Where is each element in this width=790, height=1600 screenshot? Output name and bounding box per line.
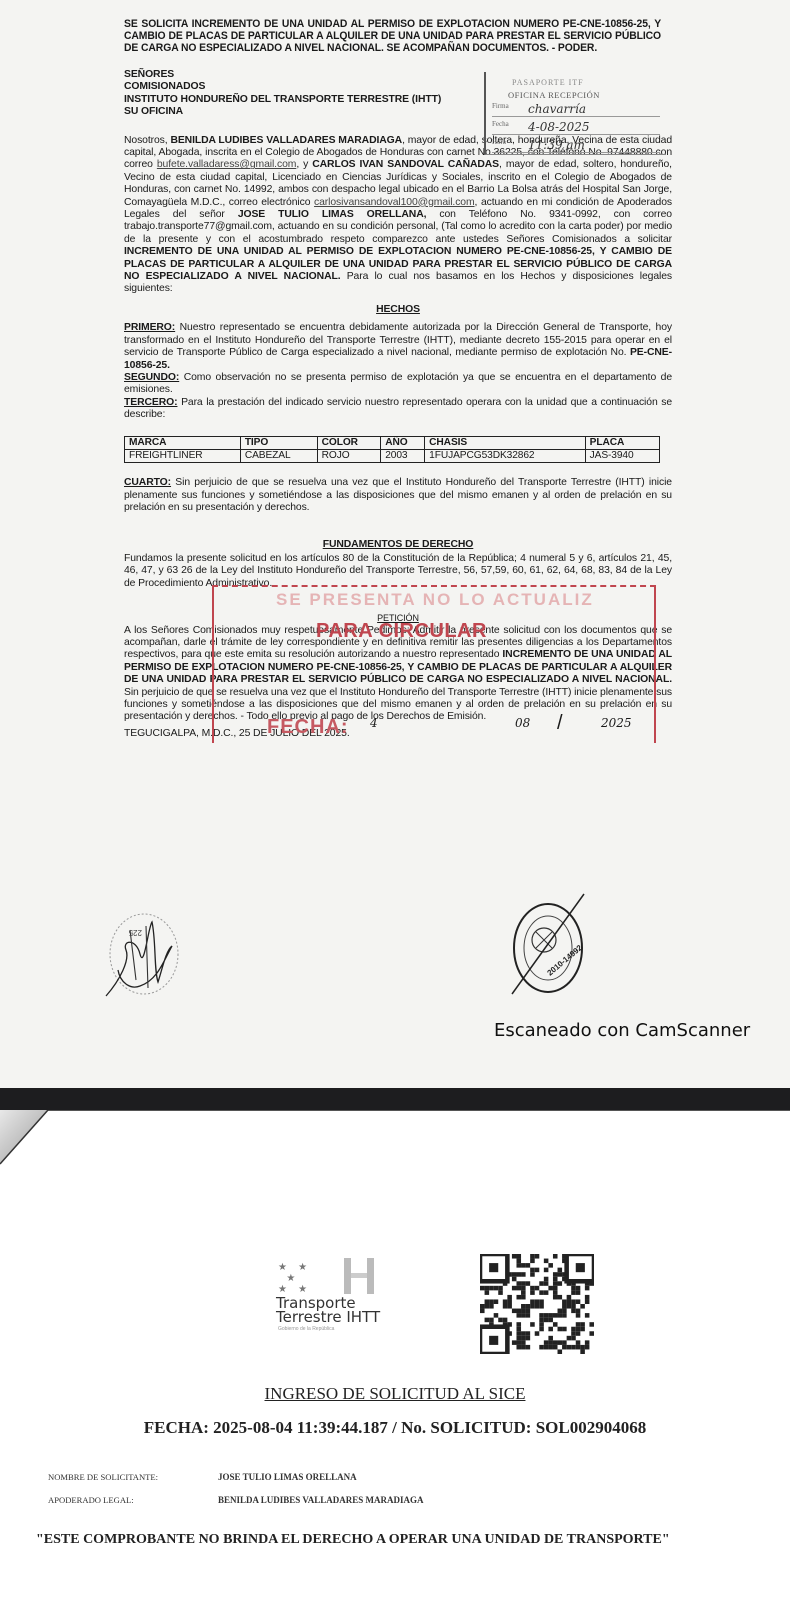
cell-marca: FREIGHTLINER	[125, 449, 241, 462]
email-link-2[interactable]: carlosivansandoval100@gmail.com	[314, 197, 475, 208]
cell-color: ROJO	[317, 449, 381, 462]
receipt-disclaimer: "ESTE COMPROBANTE NO BRINDA EL DERECHO A…	[36, 1532, 776, 1548]
intro-paragraph: Nosotros, BENILDA LUDIBES VALLADARES MAR…	[124, 135, 672, 296]
svg-text:225: 225	[128, 928, 142, 937]
stamp-time: Hora11:39 am	[492, 138, 660, 153]
fundamentos-paragraph: Fundamos la presente solicitud en los ar…	[124, 553, 672, 590]
h-logo-icon	[344, 1258, 374, 1294]
segundo-paragraph: SEGUNDO: Como observación no se presenta…	[124, 372, 672, 397]
cell-anio: 2003	[381, 449, 425, 462]
header-tipo: TIPO	[240, 436, 317, 449]
ihtt-logo: ★ ★ ★★ ★ Transporte Terrestre IHTT Gobie…	[278, 1262, 418, 1352]
cell-placa: JAS-3940	[585, 449, 659, 462]
fundamentos-title: FUNDAMENTOS DE DERECHO	[124, 539, 672, 551]
stamp-date: Fecha4-08-2025	[492, 120, 660, 135]
receipt-title: INGRESO DE SOLICITUD AL SICE	[0, 1384, 790, 1404]
receipt-date-number: FECHA: 2025-08-04 11:39:44.187 / No. SOL…	[0, 1418, 790, 1438]
header-chasis: CHASIS	[425, 436, 585, 449]
tercero-paragraph: TERCERO: Para la prestación del indicado…	[124, 397, 672, 422]
email-link-1[interactable]: bufete.valladaress@gmail.com	[157, 159, 296, 170]
fecha-stamp: FECHA: 4 08 / 2025	[215, 716, 655, 742]
reception-stamp: PASAPORTE ITF OFICINA RECEPCIÓN Firmacha…	[484, 72, 666, 155]
table-row: FREIGHTLINER CABEZAL ROJO 2003 1FUJAPCG5…	[125, 449, 660, 462]
page-divider	[0, 1088, 790, 1111]
petition-heading: SE SOLICITA INCREMENTO DE UNA UNIDAD AL …	[124, 18, 661, 55]
primero-paragraph: PRIMERO: Nuestro representado se encuent…	[124, 322, 672, 372]
camscanner-watermark: Escaneado con CamScanner	[494, 1020, 750, 1041]
page-curl	[0, 1110, 50, 1165]
scanned-petition-page: SE SOLICITA INCREMENTO DE UNA UNIDAD AL …	[0, 0, 790, 1088]
vehicle-table: MARCA TIPO COLOR AÑO CHASIS PLACA FREIGH…	[124, 436, 660, 464]
hechos-title: HECHOS	[124, 304, 672, 316]
cell-chasis: 1FUJAPCG53DK32862	[425, 449, 585, 462]
lawyer-seal-right: 2010-14992	[508, 890, 590, 1000]
client-name: JOSE TULIO LIMAS ORELLANA,	[238, 209, 427, 220]
lawyer-name-1: BENILDA LUDIBES VALLADARES MARADIAGA	[170, 135, 402, 146]
header-placa: PLACA	[585, 436, 659, 449]
header-anio: AÑO	[381, 436, 425, 449]
cuarto-paragraph: CUARTO: Sin perjuicio de que se resuelva…	[124, 477, 672, 514]
lawyer-name-2: CARLOS IVAN SANDOVAL CAÑADAS	[312, 159, 499, 170]
stars-icon: ★ ★ ★★ ★	[278, 1262, 307, 1295]
solicitante-row: NOMBRE DE SOLICITANTE:JOSE TULIO LIMAS O…	[48, 1472, 357, 1482]
stamp-received-by: Firmachavarría	[492, 102, 660, 117]
qr-code[interactable]	[480, 1254, 594, 1354]
header-color: COLOR	[317, 436, 381, 449]
cell-tipo: CABEZAL	[240, 449, 317, 462]
header-marca: MARCA	[125, 436, 241, 449]
para-circular-stamp: PARA CIRCULAR	[316, 620, 487, 643]
apoderado-row: APODERADO LEGAL:BENILDA LUDIBES VALLADAR…	[48, 1495, 423, 1505]
table-header-row: MARCA TIPO COLOR AÑO CHASIS PLACA	[125, 436, 660, 449]
signature-seal-left: 225	[100, 910, 184, 1002]
